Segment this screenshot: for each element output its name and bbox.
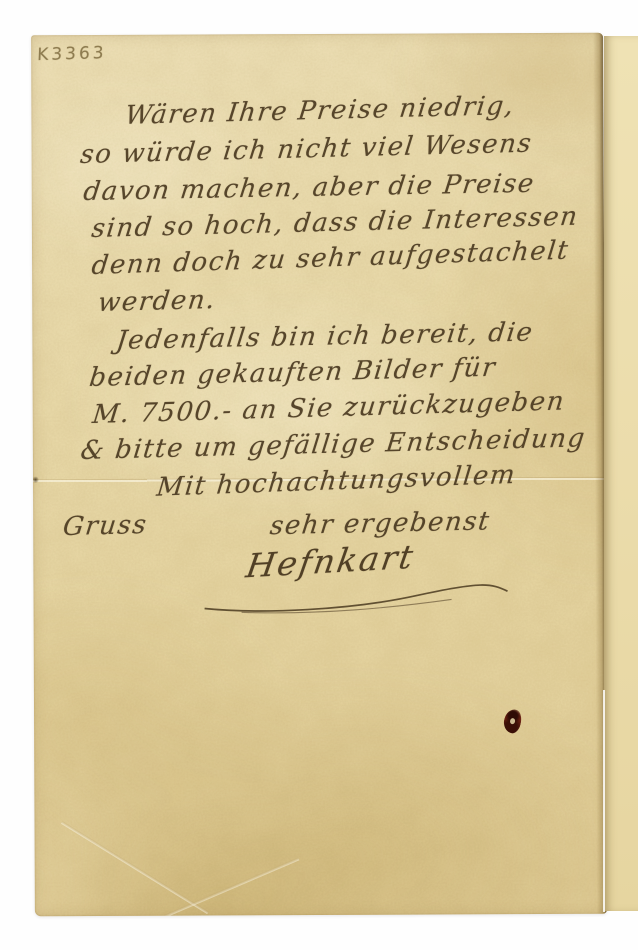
ink-blot-highlight: [509, 718, 515, 725]
scan-background: K3363 Wären Ihre Preise niedrig, so würd…: [0, 0, 638, 950]
fold-crease-edge-notch: [32, 476, 39, 483]
adjacent-page-edge: [604, 36, 638, 911]
archive-stamp: K3363: [37, 43, 107, 65]
signature-flourish: [201, 581, 511, 616]
letter-page: K3363 Wären Ihre Preise niedrig, so würd…: [31, 33, 607, 916]
closing-ergebenst: sehr ergebenst: [268, 506, 492, 541]
closing-gruss: Gruss: [61, 510, 149, 542]
letter-line: werden.: [96, 285, 217, 318]
page-separation-gap: [603, 690, 605, 912]
